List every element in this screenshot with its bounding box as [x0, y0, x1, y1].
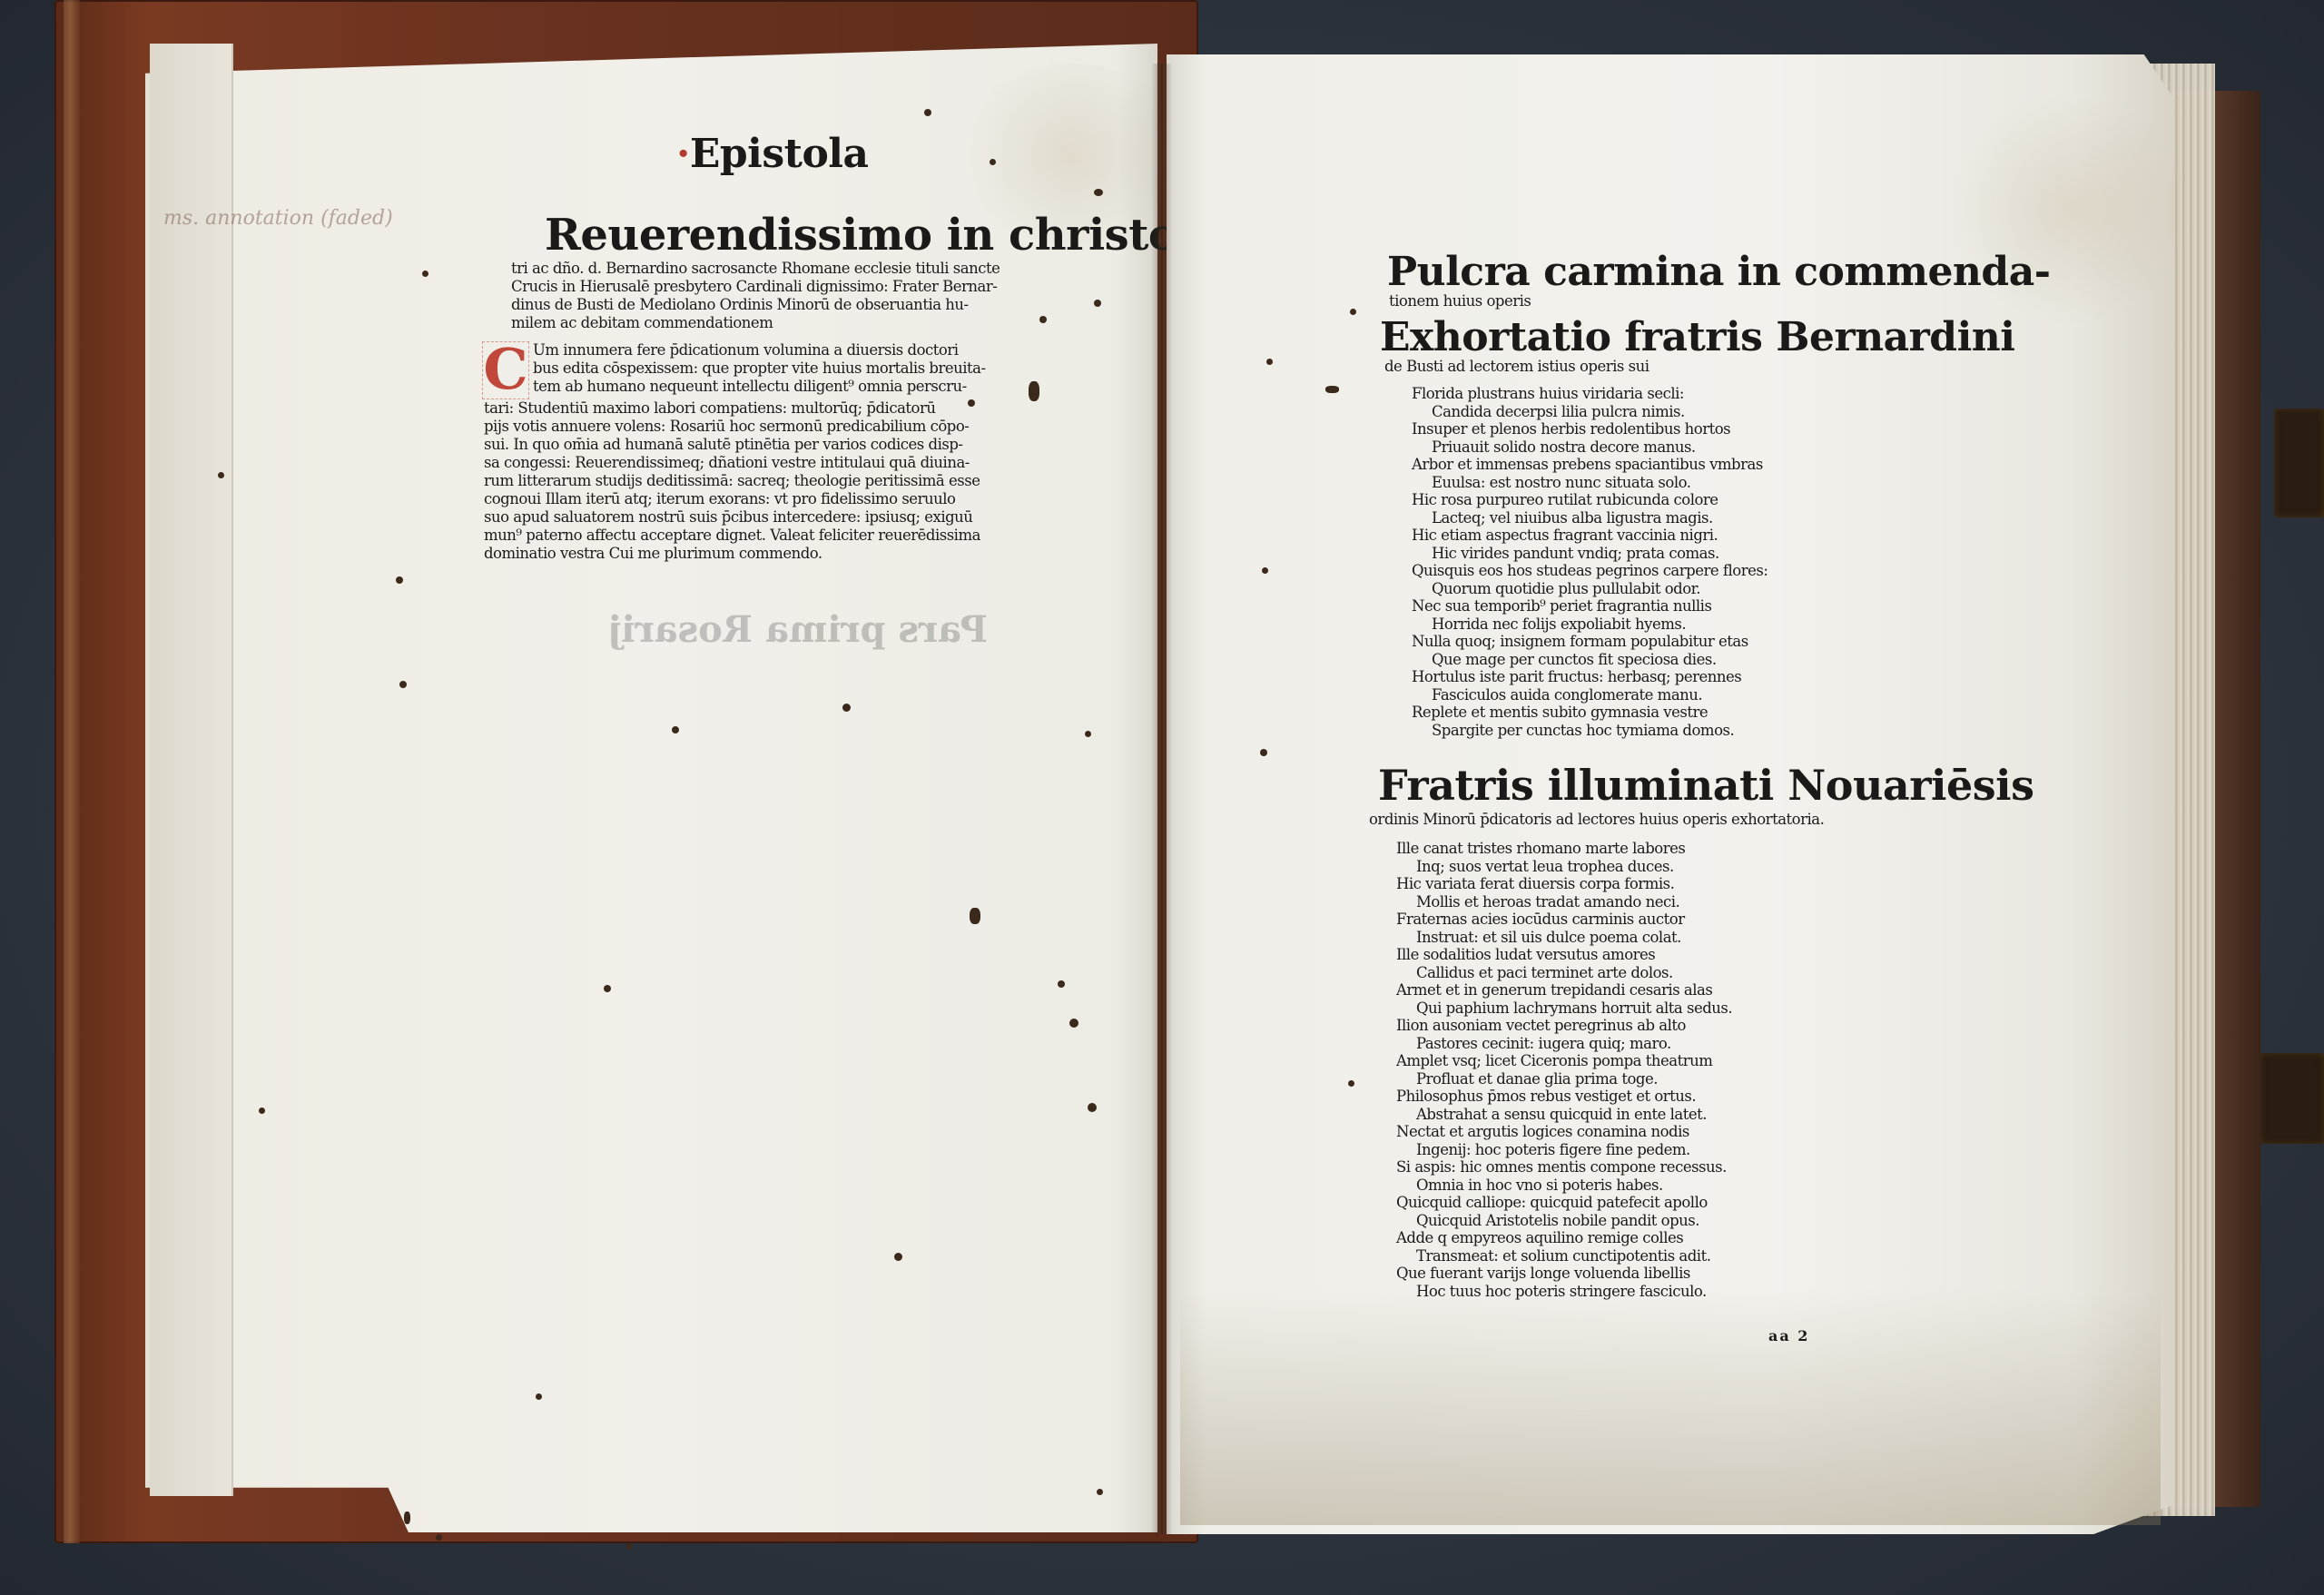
signature-mark: aa 2 [1768, 1327, 1809, 1344]
section-subheading-fratris: ordinis Minorū p̄dicatoris ad lectores h… [1369, 811, 1824, 829]
margin-manuscript-note: ms. annotation (faded) [163, 207, 393, 230]
clasp-top [2274, 409, 2324, 517]
dedication-address: tri ac dño. d. Bernardino sacrosancte Rh… [511, 260, 1000, 332]
flyleaf-stub [150, 44, 233, 1496]
section-subheading-exhortatio: de Busti ad lectorem istius operis sui [1384, 358, 1649, 376]
rubric-mark: · [676, 131, 690, 177]
section-heading-pulcra: Pulcra carmina in commenda- [1387, 252, 2050, 292]
decorated-initial: C [482, 341, 529, 399]
section-heading-fratris: Fratris illuminati Nouariēsis [1378, 764, 2034, 806]
clasp-bottom [2260, 1053, 2324, 1144]
section-subheading-pulcra: tionem huius operis [1389, 292, 1531, 310]
poem-exhortatio: Florida plustrans huius viridaria secli:… [1412, 385, 1768, 739]
running-head: ·Epistola [676, 134, 869, 174]
foxing-bottom [1180, 1289, 2161, 1525]
bleed-through-text: Pars prima Rosarij [608, 608, 988, 651]
dedication-letter-body: C Um innumera fere p̄dicationum volumina… [484, 341, 1047, 563]
section-heading-exhortatio: Exhortatio fratris Bernardini [1380, 318, 2015, 358]
gutter-fold [1151, 64, 1173, 1534]
dedication-heading: Reuerendissimo in christo pa [545, 213, 1249, 257]
poem-illuminati: Ille canat tristes rhomano marte labores… [1396, 840, 1732, 1300]
